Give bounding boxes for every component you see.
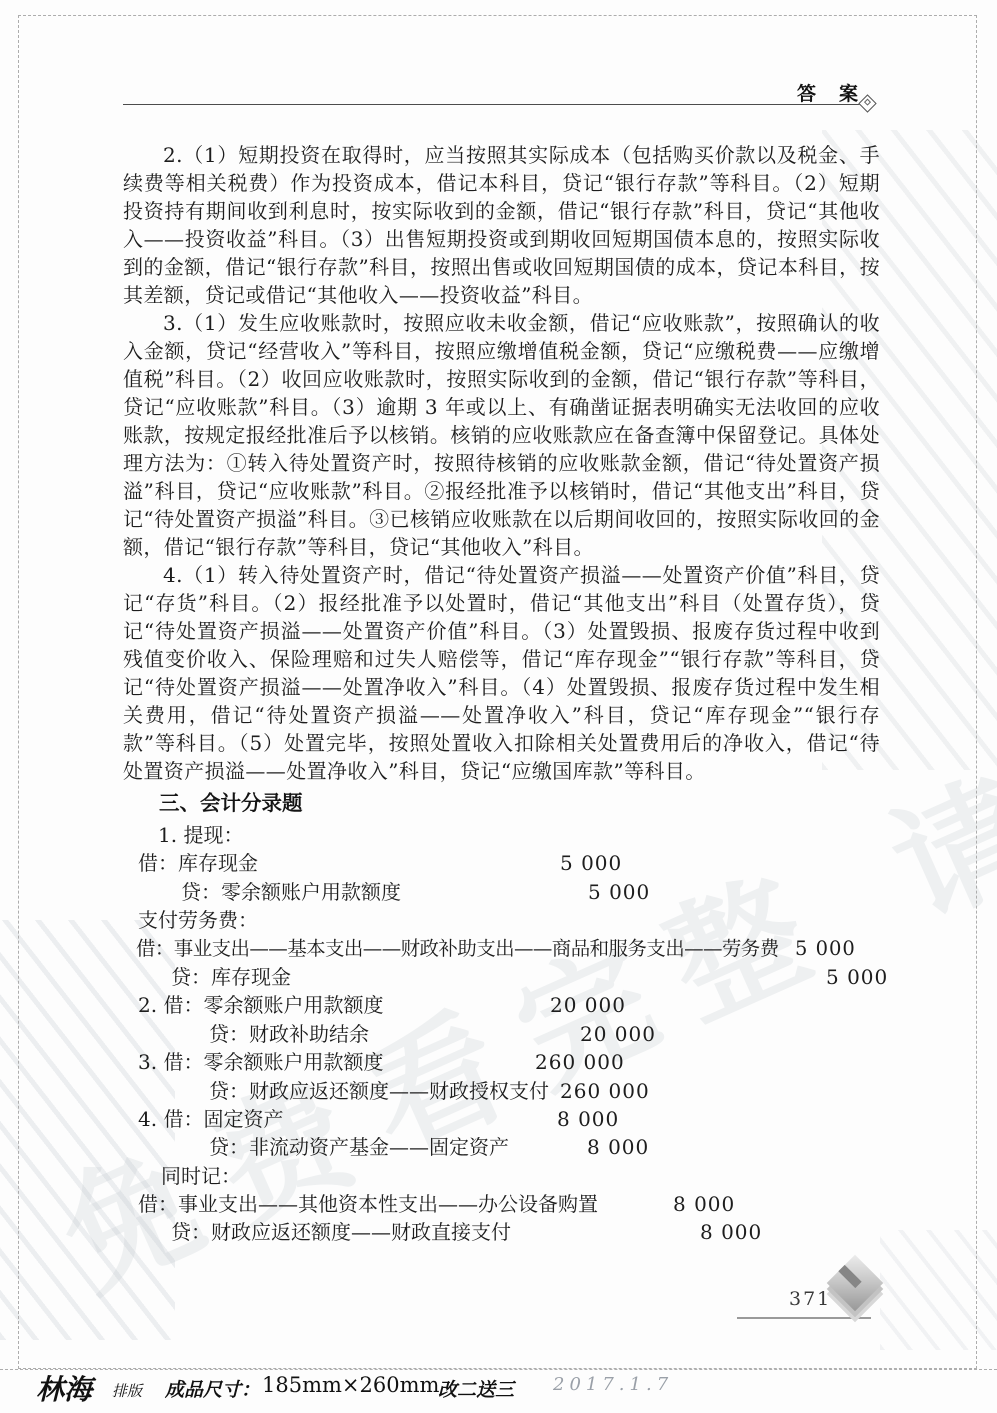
entry-amount: 8 000: [700, 1218, 762, 1246]
entry-debit: 借：事业支出——基本支出——财政补助支出——商品和服务支出——劳务费5 000: [123, 935, 880, 963]
entry-label: 支付劳务费：: [123, 906, 880, 934]
scanned-book-page: 免费看完整 请 答 案 2.（1）短期投资在取得时，应当按照其实际成本（包括购买…: [0, 0, 997, 1413]
entry-text: 支付劳务费：: [138, 908, 258, 932]
scan-stripes-bottom-right: [880, 1230, 997, 1350]
entry-text: 贷：财政应返还额度——财政授权支付: [209, 1079, 549, 1103]
entry-label: 同时记：: [123, 1162, 880, 1190]
entry-debit: 借：库存现金5 000: [123, 849, 880, 877]
entry-text: 贷：零余额账户用款额度: [181, 880, 401, 904]
entry-credit: 贷：库存现金5 000: [123, 963, 880, 991]
answer-paragraph-3: 3.（1）发生应收账款时，按照应收未收金额，借记“应收账款”，按照确认的收入金额…: [123, 309, 880, 561]
entry-text: 2. 借：零余额账户用款额度: [138, 993, 383, 1017]
journal-entries: 1. 提现： 借：库存现金5 000 贷：零余额账户用款额度5 000 支付劳务…: [123, 821, 880, 1247]
entry-debit: 3. 借：零余额账户用款额度260 000: [123, 1048, 880, 1076]
entry-amount: 5 000: [588, 878, 650, 906]
entry-amount: 20 000: [580, 1020, 656, 1048]
entry-text: 同时记：: [161, 1164, 241, 1188]
entry-credit: 贷：零余额账户用款额度5 000: [123, 878, 880, 906]
entry-credit: 贷：财政补助结余20 000: [123, 1020, 880, 1048]
entry-amount: 5 000: [826, 963, 888, 991]
entry-amount: 5 000: [560, 849, 622, 877]
entry-text: 贷：财政补助结余: [209, 1022, 369, 1046]
book-stack-icon: [822, 1258, 888, 1320]
entry-amount: 20 000: [550, 991, 626, 1019]
entry-label: 1. 提现：: [123, 821, 880, 849]
main-text-block: 2.（1）短期投资在取得时，应当按照其实际成本（包括购买价款以及税金、手续费等相…: [123, 141, 880, 1247]
entry-amount: 260 000: [560, 1077, 650, 1105]
entry-credit: 贷：非流动资产基金——固定资产8 000: [123, 1133, 880, 1161]
typesetting-footer: 林海 排版 成品尺寸： 185mm×260mm 改二送三 2017.1.7: [0, 1366, 997, 1413]
entry-text: 贷：非流动资产基金——固定资产: [209, 1135, 509, 1159]
header-diamond-icon: [858, 94, 876, 112]
answer-paragraph-4: 4.（1）转入待处置资产时，借记“待处置资产损溢——处置资产价值”科目，贷记“存…: [123, 561, 880, 785]
entry-text: 借：事业支出——其他资本性支出——办公设备购置: [138, 1192, 598, 1216]
footer-date: 2017.1.7: [553, 1374, 673, 1395]
entry-debit: 2. 借：零余额账户用款额度20 000: [123, 991, 880, 1019]
entry-text: 借：库存现金: [138, 851, 258, 875]
entry-debit: 借：事业支出——其他资本性支出——办公设备购置8 000: [123, 1190, 880, 1218]
answer-paragraph-2: 2.（1）短期投资在取得时，应当按照其实际成本（包括购买价款以及税金、手续费等相…: [123, 141, 880, 309]
entry-text: 4. 借：固定资产: [138, 1107, 283, 1131]
header-diamond-inner: [864, 99, 871, 106]
entry-debit: 4. 借：固定资产8 000: [123, 1105, 880, 1133]
entry-amount: 5 000: [795, 935, 856, 963]
entry-text: 借：事业支出——基本支出——财政补助支出——商品和服务支出——劳务费: [136, 937, 779, 960]
entry-text: 贷：财政应返还额度——财政直接支付: [171, 1220, 511, 1244]
trim-size-label: 成品尺寸：: [165, 1375, 260, 1402]
entry-credit: 贷：财政应返还额度——财政授权支付260 000: [123, 1077, 880, 1105]
entry-amount: 8 000: [673, 1190, 735, 1218]
header-rule: [123, 104, 863, 105]
revision-note: 改二送三: [438, 1375, 514, 1402]
entry-amount: 8 000: [557, 1105, 619, 1133]
typesetter-name: 林海: [36, 1368, 92, 1408]
trim-size-value: 185mm×260mm: [262, 1373, 439, 1397]
entry-amount: 260 000: [535, 1048, 625, 1076]
entry-amount: 8 000: [587, 1133, 649, 1161]
typesetter-suffix: 排版: [112, 1380, 142, 1401]
entry-text: 1. 提现：: [158, 823, 243, 847]
entry-credit: 贷：财政应返还额度——财政直接支付8 000: [123, 1218, 880, 1246]
page-header-title: 答 案: [797, 79, 860, 106]
section-heading: 三、会计分录题: [123, 788, 880, 818]
entry-text: 贷：库存现金: [171, 965, 291, 989]
entry-text: 3. 借：零余额账户用款额度: [138, 1050, 383, 1074]
